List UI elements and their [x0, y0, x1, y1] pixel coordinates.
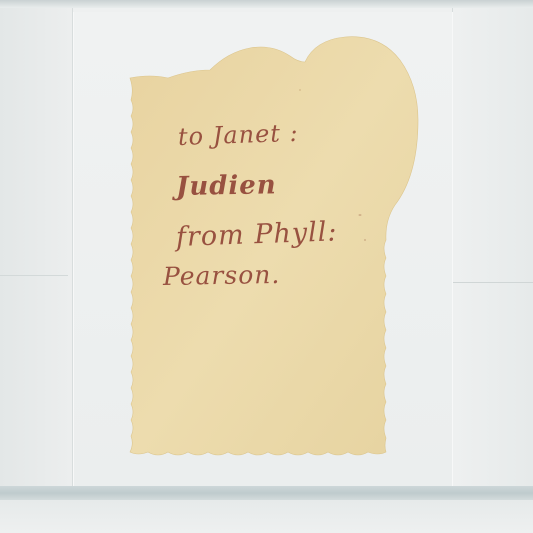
- card-shape: [130, 37, 418, 455]
- photo-scene: to Janet : Judien from Phyll: Pearson.: [0, 0, 533, 533]
- vintage-card: [0, 0, 533, 533]
